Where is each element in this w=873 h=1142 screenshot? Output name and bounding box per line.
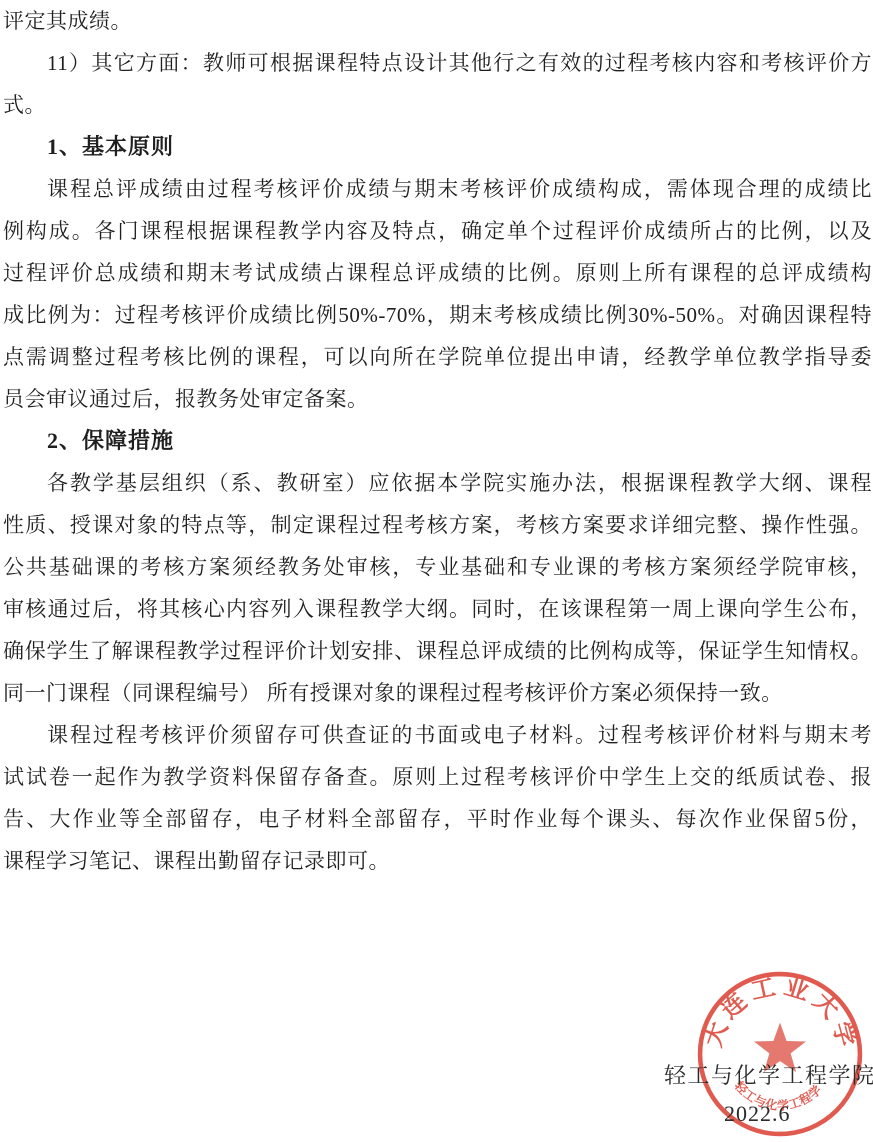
text-line: 各教学基层组织（系、教研室）应依据本学院实施办法，根据课程教学大纲、课程 [3, 462, 872, 504]
text-line: 课程总评成绩由过程考核评价成绩与期末考核评价成绩构成，需体现合理的成绩比 [3, 168, 872, 210]
signature-department: 轻工与化学工程学院 [664, 1059, 873, 1090]
text-line: 确保学生了解课程教学过程评价计划安排、课程总评成绩的比例构成等，保证学生知情权。 [3, 630, 872, 672]
signature-date: 2022.6 [724, 1101, 791, 1127]
text-line: 成比例为：过程考核评价成绩比例50%-70%，期末考核成绩比例30%-50%。对… [3, 294, 872, 336]
text-line: 审核通过后，将其核心内容列入课程教学大纲。同时，在该课程第一周上课向学生公布， [3, 588, 872, 630]
text-line: 例构成。各门课程根据课程教学内容及特点，确定单个过程评价成绩所占的比例，以及 [3, 210, 872, 252]
text-line: 过程评价总成绩和期末考试成绩占课程总评成绩的比例。原则上所有课程的总评成绩构 [3, 252, 872, 294]
text-line: 性质、授课对象的特点等，制定课程过程考核方案，考核方案要求详细完整、操作性强。 [3, 504, 872, 546]
section-heading: 2、保障措施 [3, 420, 872, 462]
text-line: 同一门课程（同课程编号） 所有授课对象的课程过程考核评价方案必须保持一致。 [3, 672, 872, 714]
text-line: 课程学习笔记、课程出勤留存记录即可。 [3, 840, 872, 882]
document-page: 评定其成绩。11）其它方面：教师可根据课程特点设计其他行之有效的过程考核内容和考… [0, 0, 873, 1142]
text-line: 员会审议通过后，报教务处审定备案。 [3, 378, 872, 420]
text-line: 11）其它方面：教师可根据课程特点设计其他行之有效的过程考核内容和考核评价方 [3, 42, 872, 84]
text-line: 评定其成绩。 [3, 0, 872, 42]
text-line: 课程过程考核评价须留存可供查证的书面或电子材料。过程考核评价材料与期末考 [3, 714, 872, 756]
text-line: 公共基础课的考核方案须经教务处审核，专业基础和专业课的考核方案须经学院审核， [3, 546, 872, 588]
text-line: 告、大作业等全部留存，电子材料全部留存，平时作业每个课头、每次作业保留5份， [3, 798, 872, 840]
text-line: 式。 [3, 84, 872, 126]
text-line: 试试卷一起作为教学资料保留存备查。原则上过程考核评价中学生上交的纸质试卷、报 [3, 756, 872, 798]
text-line: 点需调整过程考核比例的课程，可以向所在学院单位提出申请，经教学单位教学指导委 [3, 336, 872, 378]
document-body: 评定其成绩。11）其它方面：教师可根据课程特点设计其他行之有效的过程考核内容和考… [0, 0, 872, 882]
section-heading: 1、基本原则 [3, 126, 872, 168]
